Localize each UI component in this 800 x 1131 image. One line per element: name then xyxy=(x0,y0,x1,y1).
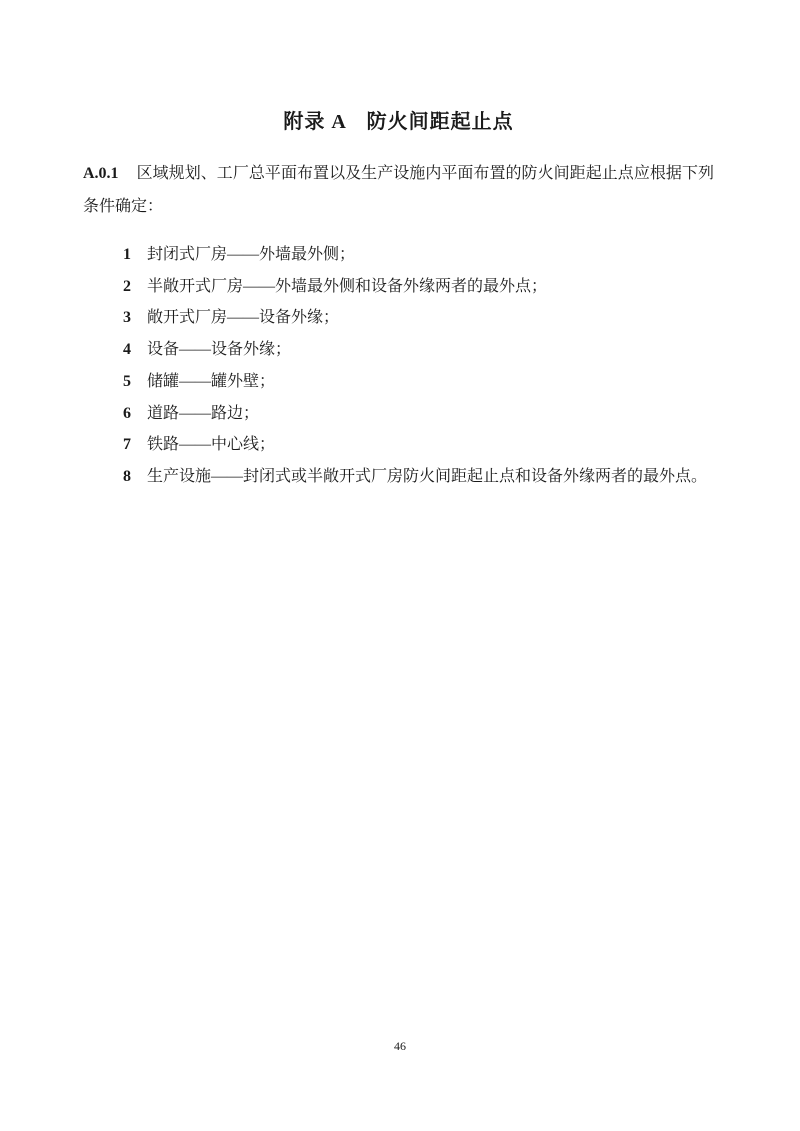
document-page: 附录 A 防火间距起止点 A.0.1区域规划、工厂总平面布置以及生产设施内平面布… xyxy=(0,0,800,1131)
condition-list: 1封闭式厂房——外墙最外侧； 2半敞开式厂房——外墙最外侧和设备外缘两者的最外点… xyxy=(83,239,714,493)
list-item: 6道路——路边； xyxy=(83,398,714,430)
list-item: 8生产设施——封闭式或半敞开式厂房防火间距起止点和设备外缘两者的最外点。 xyxy=(83,461,714,493)
list-item-number: 7 xyxy=(123,429,134,461)
list-item-text: 半敞开式厂房——外墙最外侧和设备外缘两者的最外点； xyxy=(147,278,547,295)
list-item-number: 3 xyxy=(123,302,134,334)
list-item-number: 2 xyxy=(123,271,134,303)
page-number: 46 xyxy=(0,1038,800,1054)
list-item: 1封闭式厂房——外墙最外侧； xyxy=(83,239,714,271)
list-item: 4设备——设备外缘； xyxy=(83,334,714,366)
list-item-number: 5 xyxy=(123,366,134,398)
list-item-text: 封闭式厂房——外墙最外侧； xyxy=(147,246,355,263)
clause-number: A.0.1 xyxy=(83,165,119,182)
list-item: 5储罐——罐外壁； xyxy=(83,366,714,398)
list-item-text: 道路——路边； xyxy=(147,405,259,422)
list-item-text: 生产设施——封闭式或半敞开式厂房防火间距起止点和设备外缘两者的最外点。 xyxy=(147,468,707,485)
list-item-number: 4 xyxy=(123,334,134,366)
list-item-text: 储罐——罐外壁； xyxy=(147,373,275,390)
list-item: 3敞开式厂房——设备外缘； xyxy=(83,302,714,334)
list-item-text: 敞开式厂房——设备外缘； xyxy=(147,309,339,326)
list-item-text: 设备——设备外缘； xyxy=(147,341,291,358)
list-item-text: 铁路——中心线； xyxy=(147,436,275,453)
page-content: 附录 A 防火间距起止点 A.0.1区域规划、工厂总平面布置以及生产设施内平面布… xyxy=(83,0,714,493)
list-item: 2半敞开式厂房——外墙最外侧和设备外缘两者的最外点； xyxy=(83,271,714,303)
list-item-number: 8 xyxy=(123,461,134,493)
list-item-number: 6 xyxy=(123,398,134,430)
list-item-number: 1 xyxy=(123,239,134,271)
list-item: 7铁路——中心线； xyxy=(83,429,714,461)
clause-a01: A.0.1区域规划、工厂总平面布置以及生产设施内平面布置的防火间距起止点应根据下… xyxy=(83,157,714,223)
clause-text: 区域规划、工厂总平面布置以及生产设施内平面布置的防火间距起止点应根据下列条件确定… xyxy=(83,165,714,215)
appendix-title: 附录 A 防火间距起止点 xyxy=(83,0,714,136)
